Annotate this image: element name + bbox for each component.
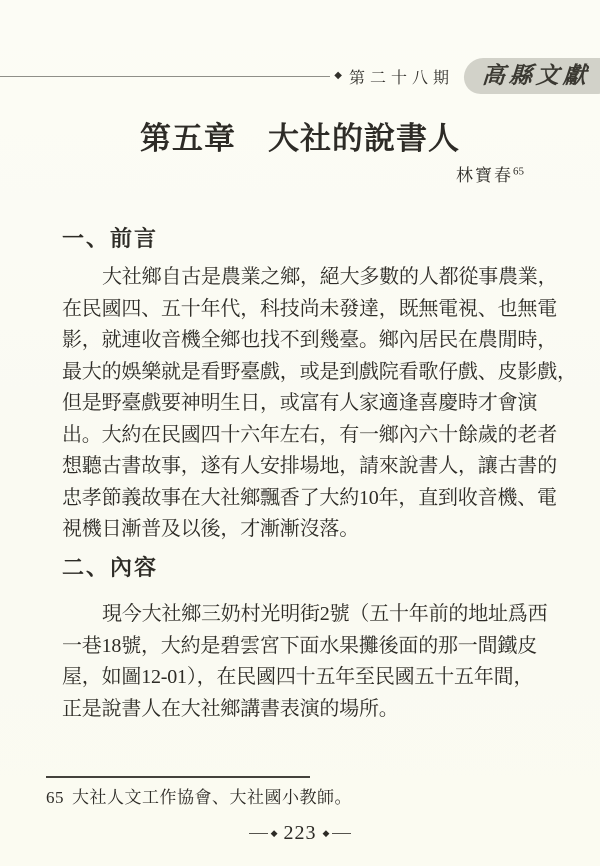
footnote-rule [46,776,310,778]
issue-label: 第二十八期 [349,65,454,88]
section-heading-preface: 一、前言 [62,222,158,253]
body-line: 忠孝節義故事在大社鄉飄香了大約10年，直到收音機、電 [62,483,544,515]
author-footnote-ref: 65 [513,165,524,177]
body-line: 想聽古書故事，遂有人安排場地，請來說書人，讓古書的 [62,451,544,483]
paragraph-content: 現今大社鄉三奶村光明街2號（五十年前的地址爲西 一巷18號，大約是碧雲宮下面水果… [62,599,544,725]
chapter-title: 第五章 大社的說書人 [0,113,600,158]
body-line: 現今大社鄉三奶村光明街2號（五十年前的地址爲西 [62,599,544,631]
scanned-page: ◆ 第二十八期 高縣文獻 第五章 大社的說書人 林寶春65 一、前言 大社鄉自古… [0,0,600,866]
page-header: ◆ 第二十八期 高縣文獻 [0,58,600,94]
body-line: 大社鄉自古是農業之鄉，絕大多數的人都從事農業， [62,262,544,294]
body-line: 正是說書人在大社鄉講書表演的場所。 [62,694,544,726]
author-line: 林寶春65 [456,161,524,186]
footer-dash-left [249,833,268,834]
footer-dash-right [332,833,351,834]
body-line: 出。大約在民國四十六年左右，有一鄉內六十餘歲的老者 [62,420,544,452]
diamond-icon: ◆ [334,71,342,81]
diamond-icon: ◆ [271,829,278,838]
section-heading-content: 二、內容 [62,551,158,582]
page-footer: ◆ 223 ◆ [0,822,600,845]
body-line: 一巷18號，大約是碧雲宮下面水果攤後面的那一間鐵皮 [62,631,544,663]
footnote-text: 大社人文工作協會、大社國小教師。 [72,788,352,807]
paragraph-preface: 大社鄉自古是農業之鄉，絕大多數的人都從事農業， 在民國四、五十年代，科技尚未發達… [62,262,544,546]
journal-logo: 高縣文獻 [463,58,600,94]
page-number: 223 [284,822,317,845]
body-line: 屋，如圖12-01），在民國四十五年至民國五十五年間， [62,662,544,694]
diamond-icon: ◆ [323,829,330,838]
author-name: 林寶春 [456,166,513,185]
body-line: 視機日漸普及以後，才漸漸沒落。 [62,514,544,546]
body-line: 影，就連收音機全鄉也找不到幾臺。鄉內居民在農閒時， [62,325,544,357]
footnote: 65大社人文工作協會、大社國小教師。 [46,783,352,808]
body-line: 但是野臺戲要神明生日，或富有人家適逢喜慶時才會演 [62,388,544,420]
header-rule [0,76,330,77]
body-line: 最大的娛樂就是看野臺戲，或是到戲院看歌仔戲、皮影戲， [62,357,544,389]
body-line: 在民國四、五十年代，科技尚未發達，既無電視、也無電 [62,294,544,326]
footnote-number: 65 [46,788,64,807]
